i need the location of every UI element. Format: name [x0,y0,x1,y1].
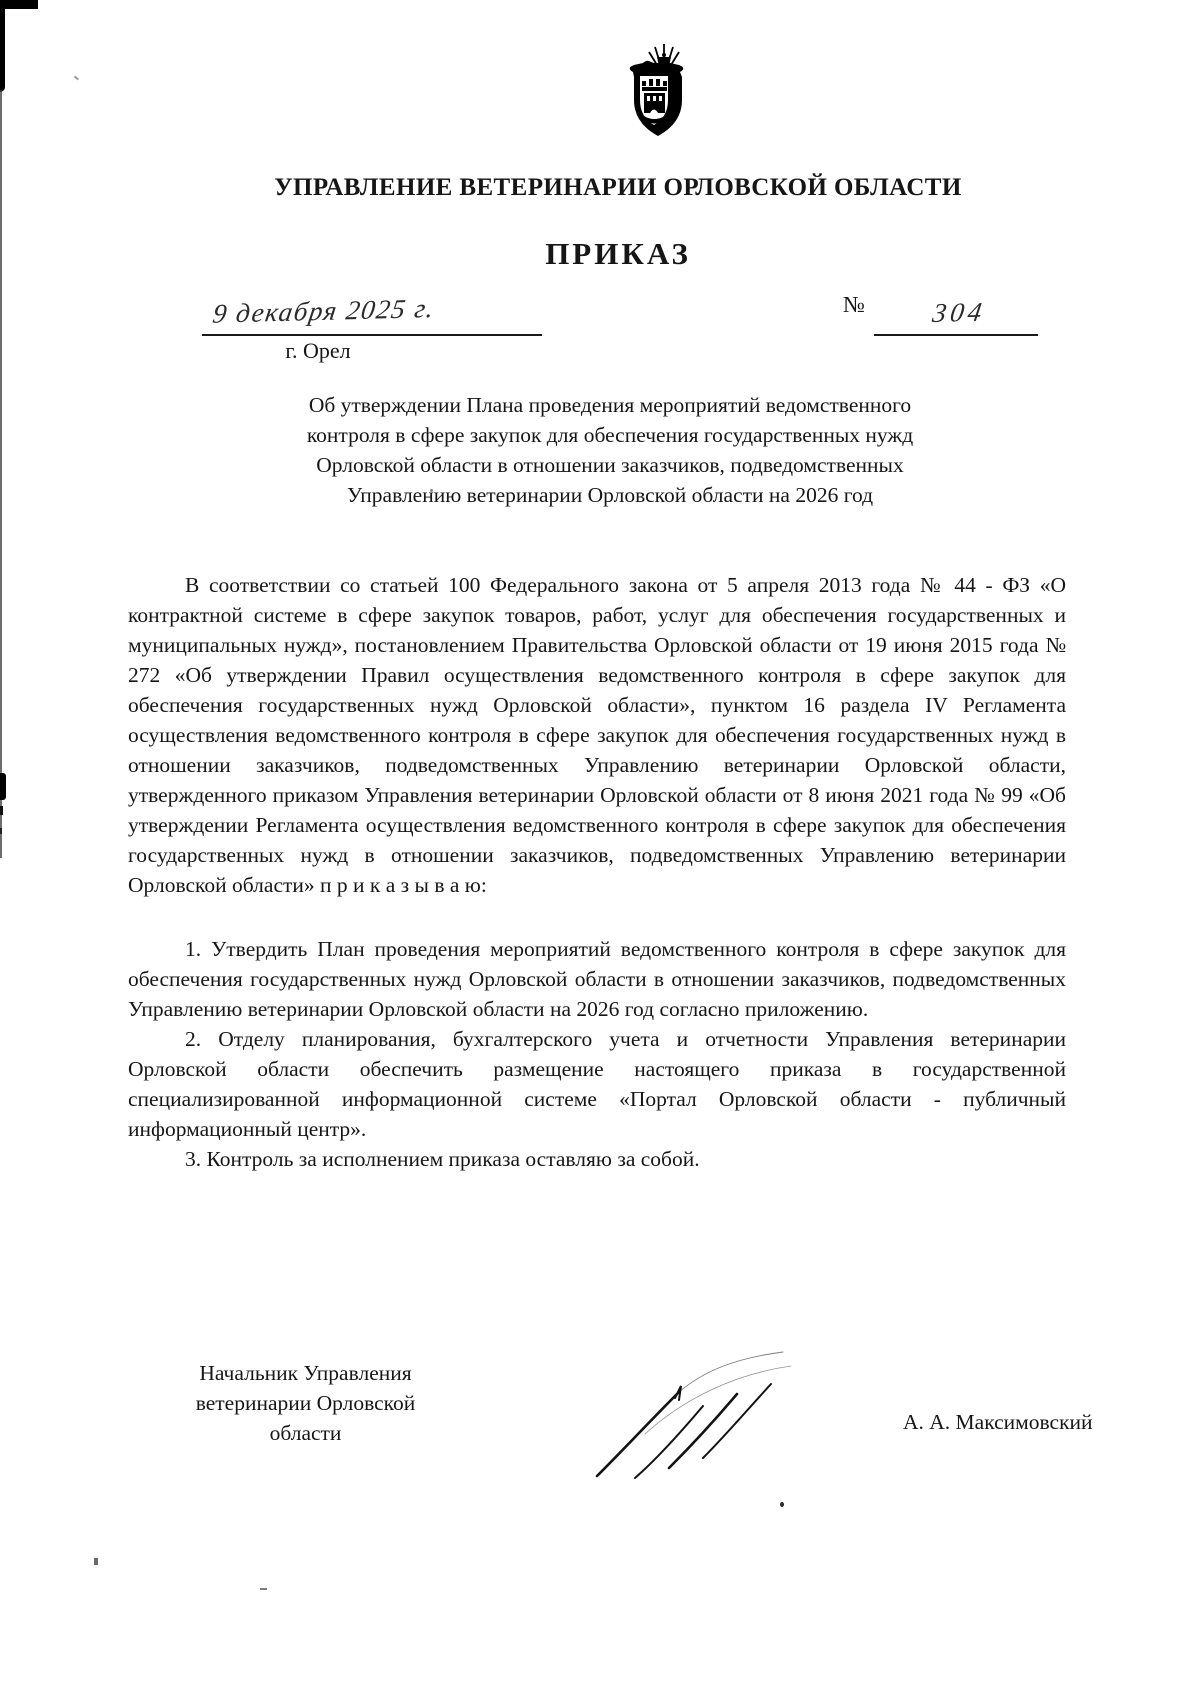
scan-artifact [0,806,3,815]
handwritten-date: 9 декабря 2025 г. [202,288,438,334]
scan-artifact [0,0,38,9]
signatory-name: А. А. Максимовский [903,1410,1093,1435]
number-field: 304 [874,294,1038,336]
handwritten-number: 304 [930,293,988,332]
signatory-position: Начальник Управления ветеринарии Орловск… [158,1358,453,1448]
scan-artifact [74,76,79,81]
scan-artifact [260,1588,267,1590]
number-sign-label: № [843,292,865,318]
scanned-order-document: УПРАВЛЕНИЕ ВЕТЕРИНАРИИ ОРЛОВСКОЙ ОБЛАСТИ… [0,0,1200,1697]
order-subject: Об утверждении Плана проведения мероприя… [240,390,980,510]
scan-artifact [0,773,6,800]
document-type-title: ПРИКАЗ [18,236,1200,272]
scan-artifact [780,1502,784,1507]
preamble-paragraph: В соответствии со статьей 100 Федерально… [128,570,1066,900]
city-label: г. Орел [238,338,398,364]
scan-artifact [0,0,5,92]
signature-icon [583,1338,801,1486]
scan-artifact [0,90,2,858]
order-item-2: 2. Отделу планирования, бухгалтерского у… [128,1024,1066,1144]
order-item-1: 1. Утвердить План проведения мероприятий… [128,934,1066,1024]
scan-artifact [94,1558,98,1565]
order-body: В соответствии со статьей 100 Федерально… [128,570,1066,1174]
organization-name: УПРАВЛЕНИЕ ВЕТЕРИНАРИИ ОРЛОВСКОЙ ОБЛАСТИ [18,174,1200,202]
order-item-3: 3. Контроль за исполнением приказа остав… [128,1144,1066,1174]
coat-of-arms-icon [620,44,688,140]
date-field: 9 декабря 2025 г. [202,294,542,336]
scan-artifact [0,828,2,834]
